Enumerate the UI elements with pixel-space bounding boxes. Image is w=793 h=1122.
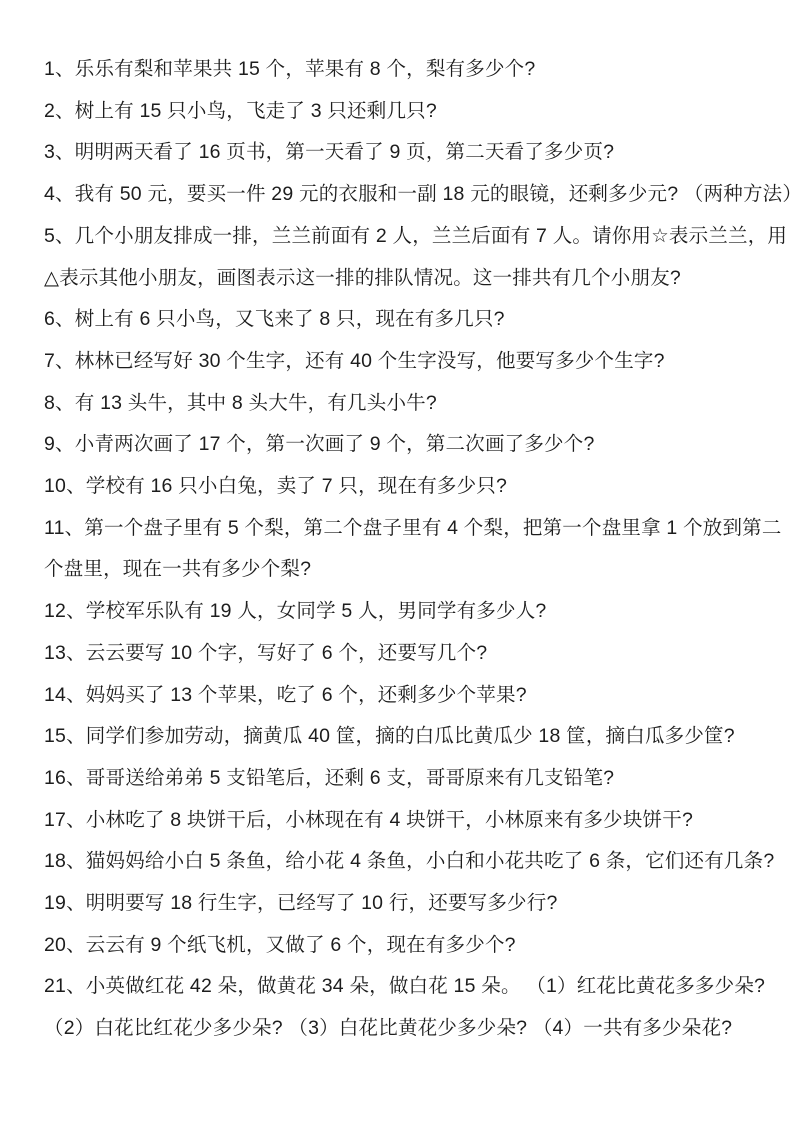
question-10: 10、学校有 16 只小白兔，卖了 7 只，现在有多少只? [44, 466, 755, 508]
question-12: 12、学校军乐队有 19 人，女同学 5 人，男同学有多少人? [44, 591, 755, 633]
question-5-line-1: 5、几个小朋友排成一排，兰兰前面有 2 人，兰兰后面有 7 人。请你用☆表示兰兰… [44, 216, 755, 258]
question-15: 15、同学们参加劳动，摘黄瓜 40 筐，摘的白瓜比黄瓜少 18 筐，摘白瓜多少筐… [44, 716, 755, 758]
question-1: 1、乐乐有梨和苹果共 15 个，苹果有 8 个，梨有多少个? [44, 49, 755, 91]
question-16: 16、哥哥送给弟弟 5 支铅笔后，还剩 6 支，哥哥原来有几支铅笔? [44, 758, 755, 800]
question-11-line-2: 个盘里，现在一共有多少个梨? [44, 549, 755, 591]
question-8: 8、有 13 头牛，其中 8 头大牛，有几头小牛? [44, 383, 755, 425]
question-2: 2、树上有 15 只小鸟，飞走了 3 只还剩几只? [44, 91, 755, 133]
question-17: 17、小林吃了 8 块饼干后，小林现在有 4 块饼干，小林原来有多少块饼干? [44, 800, 755, 842]
question-11-line-1: 11、第一个盘子里有 5 个梨，第二个盘子里有 4 个梨，把第一个盘里拿 1 个… [44, 508, 755, 550]
worksheet-page: 1、乐乐有梨和苹果共 15 个，苹果有 8 个，梨有多少个? 2、树上有 15 … [0, 0, 793, 1122]
question-7: 7、林林已经写好 30 个生字，还有 40 个生字没写，他要写多少个生字? [44, 341, 755, 383]
question-20: 20、云云有 9 个纸飞机，又做了 6 个，现在有多少个? [44, 925, 755, 967]
question-4: 4、我有 50 元，要买一件 29 元的衣服和一副 18 元的眼镜，还剩多少元?… [44, 174, 755, 216]
question-6: 6、树上有 6 只小鸟，又飞来了 8 只，现在有多几只? [44, 299, 755, 341]
question-18: 18、猫妈妈给小白 5 条鱼，给小花 4 条鱼，小白和小花共吃了 6 条，它们还… [44, 841, 755, 883]
question-14: 14、妈妈买了 13 个苹果，吃了 6 个，还剩多少个苹果? [44, 675, 755, 717]
question-21-line-1: 21、小英做红花 42 朵，做黄花 34 朵，做白花 15 朵。 （1）红花比黄… [44, 966, 755, 1008]
question-3: 3、明明两天看了 16 页书，第一天看了 9 页，第二天看了多少页? [44, 132, 755, 174]
question-21-line-2: （2）白花比红花少多少朵? （3）白花比黄花少多少朵? （4）一共有多少朵花? [44, 1008, 755, 1050]
question-13: 13、云云要写 10 个字，写好了 6 个，还要写几个? [44, 633, 755, 675]
question-5-line-2: △表示其他小朋友，画图表示这一排的排队情况。这一排共有几个小朋友? [44, 258, 755, 300]
question-9: 9、小青两次画了 17 个，第一次画了 9 个，第二次画了多少个? [44, 424, 755, 466]
question-19: 19、明明要写 18 行生字，已经写了 10 行，还要写多少行? [44, 883, 755, 925]
